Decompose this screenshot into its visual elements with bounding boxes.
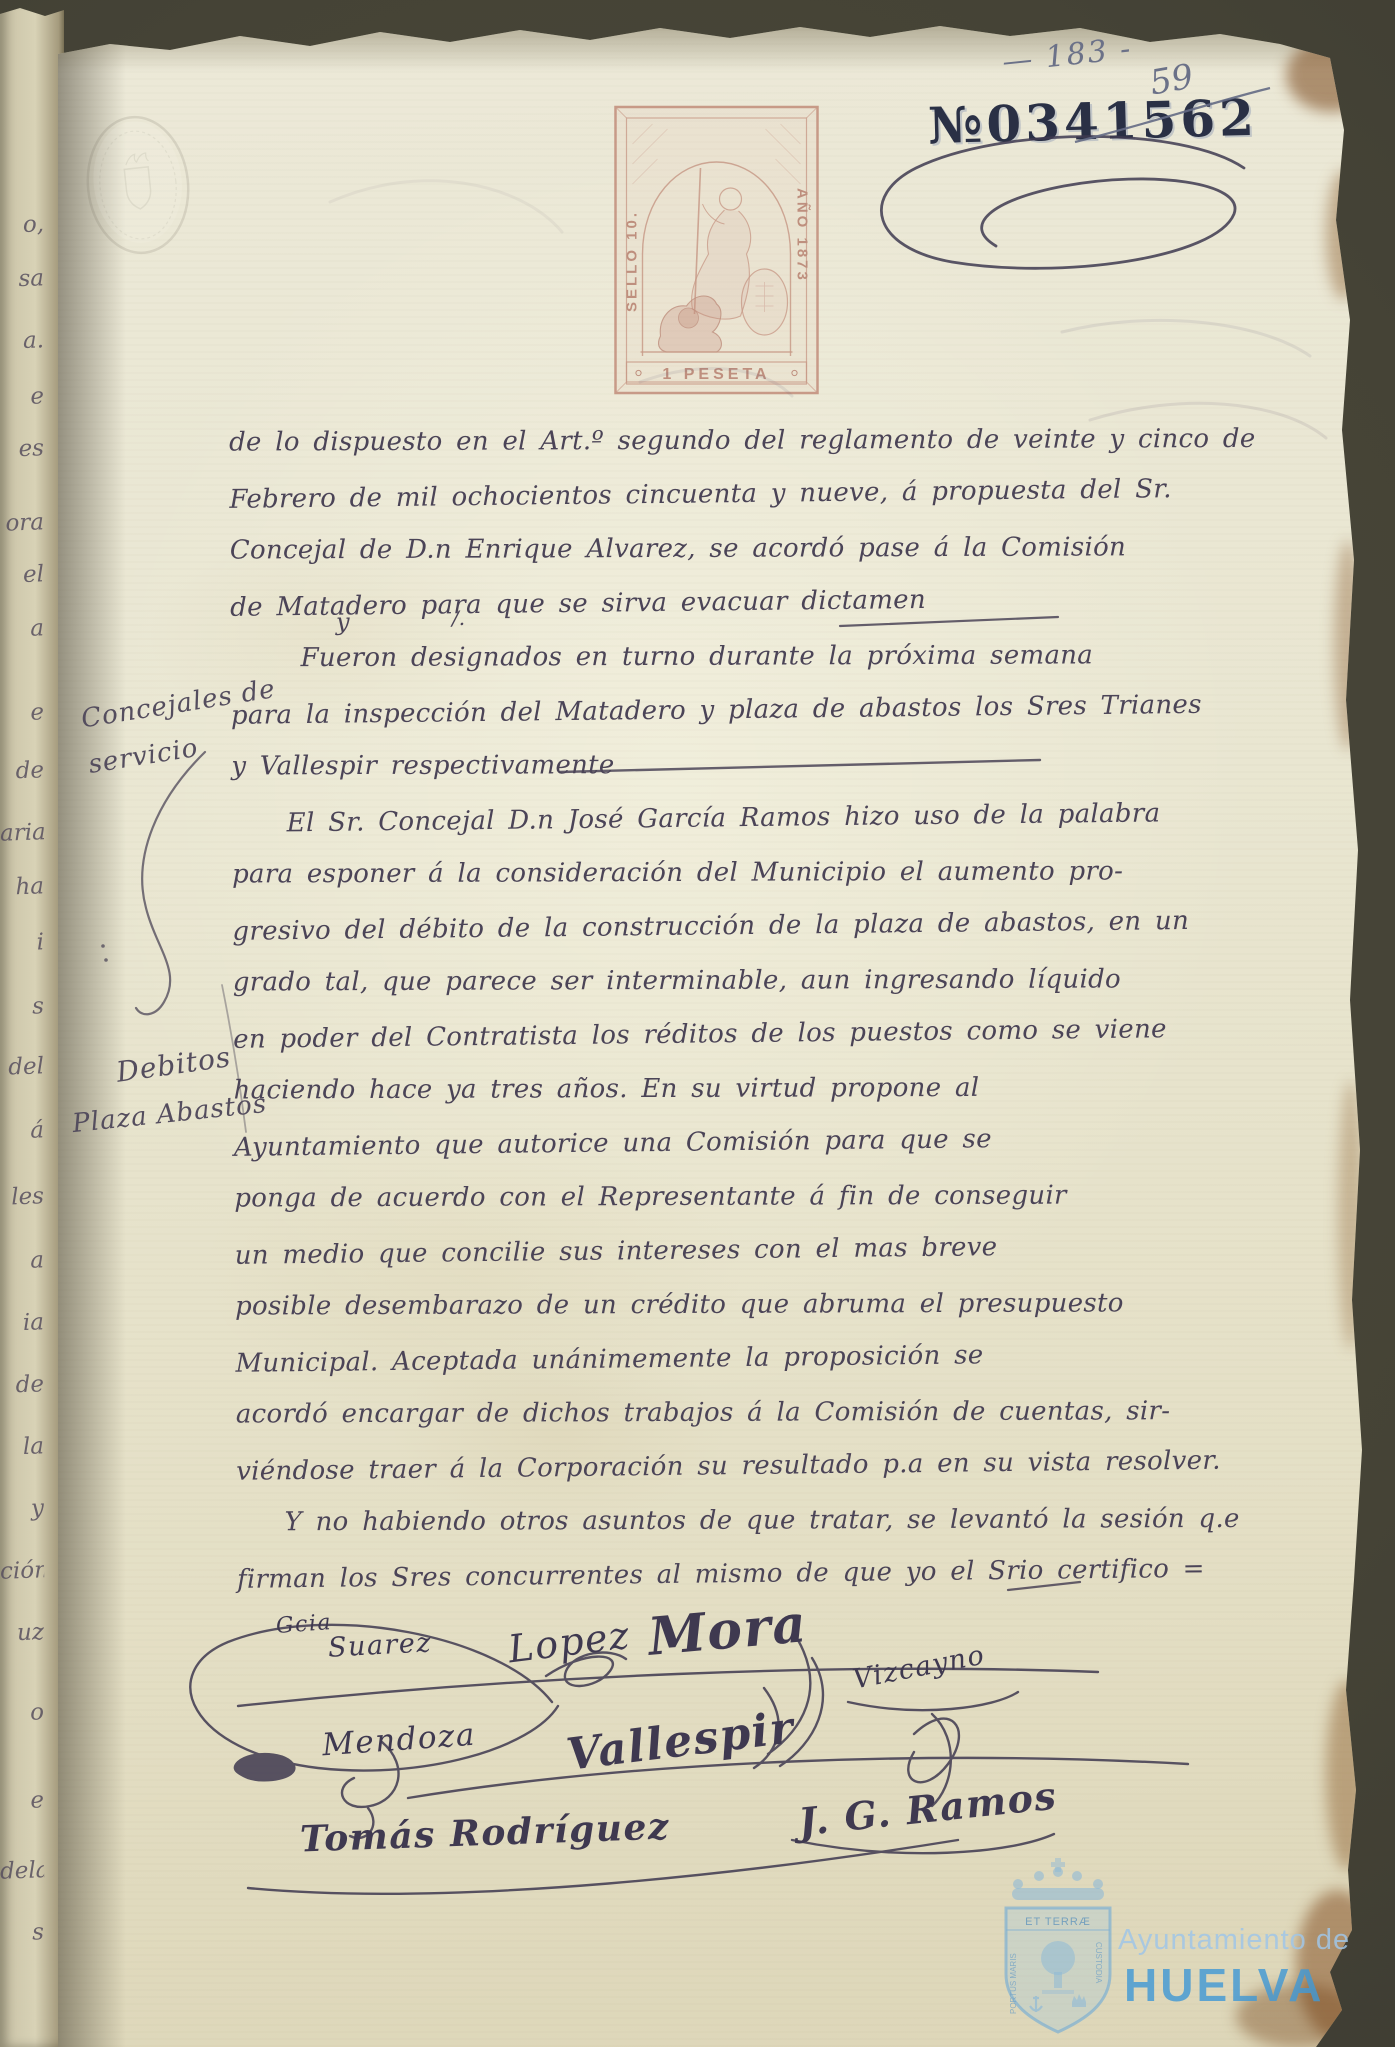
manuscript-line: acordó encargar de dichos trabajos á la … bbox=[236, 1385, 1086, 1442]
cut-off-text-fragment: ora bbox=[0, 509, 44, 537]
signature: Lopez bbox=[506, 1613, 633, 1672]
manuscript-line: Fueron designados en turno durante la pr… bbox=[300, 628, 1080, 685]
manuscript-line: Y no habiendo otros asuntos de que trata… bbox=[284, 1492, 1086, 1549]
shield-motto-right: CUSTODIA bbox=[1094, 1942, 1103, 1984]
signature: J. G. Ramos bbox=[796, 1773, 1059, 1845]
signature: Mora bbox=[646, 1593, 810, 1668]
manuscript-line: Municipal. Aceptada unánimemente la prop… bbox=[235, 1327, 1086, 1391]
cut-off-text-fragment: ha bbox=[0, 873, 44, 901]
cut-off-text-fragment: a. bbox=[0, 327, 44, 355]
cut-off-text-fragment: a bbox=[0, 1247, 44, 1275]
manuscript-line: para esponer á la consideración del Muni… bbox=[232, 845, 1082, 902]
cut-off-text-fragment: e bbox=[0, 699, 44, 727]
cut-off-text-fragment: s bbox=[0, 993, 44, 1021]
cut-off-text-fragment: ia bbox=[0, 1309, 44, 1337]
cut-off-text-fragment: del bbox=[0, 1053, 44, 1081]
cut-off-text-fragment: sa bbox=[0, 265, 44, 293]
cut-off-text-fragment: o, bbox=[0, 211, 44, 239]
serial-digits: 0341562 bbox=[986, 88, 1259, 154]
manuscript-line: ponga de acuerdo con el Representante á … bbox=[234, 1169, 1084, 1226]
correction-mark: y bbox=[336, 608, 350, 636]
manuscript-line: Ayuntamiento que autorice una Comisión p… bbox=[234, 1111, 1085, 1175]
stamp-left-label: SELLO 10. bbox=[624, 210, 641, 312]
shield-motto-left: PORTUS MARIS bbox=[1009, 1953, 1018, 2014]
cut-off-text-fragment: es bbox=[0, 435, 44, 463]
burn-mark bbox=[1338, 1080, 1364, 1350]
cut-off-text-fragment: á bbox=[0, 1117, 44, 1145]
huelva-crest-watermark: ET TERRÆ PORTUS MARIS CUSTODIA bbox=[972, 1846, 1142, 2047]
manuscript-line: firman los Sres concurrentes al mismo de… bbox=[237, 1543, 1088, 1607]
manuscript-line: grado tal, que parece ser interminable, … bbox=[233, 953, 1083, 1010]
numero-sign: № bbox=[927, 95, 987, 156]
stamp-right-label: AÑO 1873 bbox=[794, 188, 812, 283]
signature: Vizcayno bbox=[850, 1639, 987, 1695]
shield-motto-top: ET TERRÆ bbox=[1025, 1916, 1091, 1928]
serial-number: №0341562 bbox=[927, 88, 1258, 156]
stamp-denomination: 1 PESETA bbox=[662, 366, 770, 383]
revenue-stamp: SELLO 10. AÑO 1873 1 PESETA bbox=[612, 104, 821, 396]
manuscript-line: posible desembarazo de un crédito que ab… bbox=[235, 1277, 1085, 1334]
manuscript-line: Concejal de D.n Enrique Alvarez, se acor… bbox=[230, 521, 1080, 578]
signature: Gcia bbox=[275, 1610, 333, 1639]
photographed-document: o, sa a. e es ora el a e de aria ha i s … bbox=[0, 0, 1395, 2047]
rubric-flourish bbox=[881, 137, 1244, 269]
manuscript-line: de Matadero para que se sirva evacuar di… bbox=[230, 571, 1081, 635]
embossed-seal bbox=[77, 107, 200, 263]
watermark-institution: Ayuntamiento de bbox=[1118, 1924, 1350, 1957]
cut-off-text-fragment: uz bbox=[0, 1619, 44, 1647]
cut-off-text-fragment: e bbox=[0, 383, 44, 411]
cut-off-text-fragment: s bbox=[0, 1919, 44, 1947]
cut-off-text-fragment: e bbox=[0, 1787, 44, 1815]
signature: Suarez bbox=[327, 1627, 433, 1663]
previous-page-edge: o, sa a. e es ora el a e de aria ha i s … bbox=[0, 0, 64, 2047]
manuscript-line: Febrero de mil ochocientos cincuenta y n… bbox=[229, 463, 1080, 527]
manuscript-line: en poder del Contratista los réditos de … bbox=[233, 1003, 1084, 1067]
burn-mark bbox=[1326, 170, 1362, 300]
correction-mark: /. bbox=[452, 606, 465, 630]
manuscript-page: SELLO 10. AÑO 1873 1 PESETA №0341562 — 1… bbox=[0, 0, 1395, 2047]
manuscript-line: para la inspección del Matadero y plaza … bbox=[231, 679, 1082, 743]
cut-off-text-fragment: y bbox=[0, 1495, 44, 1523]
burn-mark bbox=[1326, 1680, 1368, 1870]
burn-mark bbox=[1286, 38, 1378, 112]
manuscript-line: viéndose traer á la Corporación su resul… bbox=[236, 1435, 1087, 1499]
manuscript-body: de lo dispuesto en el Art.º segundo del … bbox=[229, 411, 1087, 1605]
manuscript-line: gresivo del débito de la construcción de… bbox=[232, 895, 1083, 959]
manuscript-line: un medio que concilie sus intereses con … bbox=[234, 1219, 1085, 1283]
cut-off-text-fragment: de bbox=[0, 757, 44, 785]
manuscript-line: haciendo hace ya tres años. En su virtud… bbox=[233, 1061, 1083, 1118]
manuscript-line: El Sr. Concejal D.n José García Ramos hi… bbox=[286, 787, 1082, 850]
manuscript-line: de lo dispuesto en el Art.º segundo del … bbox=[229, 413, 1079, 470]
cut-off-text-fragment: dela bbox=[0, 1857, 44, 1885]
manuscript-line: y Vallespir respectivamente bbox=[231, 737, 1081, 794]
cut-off-text-fragment: o bbox=[0, 1699, 44, 1727]
binding-gutter-shadow bbox=[56, 0, 126, 2047]
cut-off-text-fragment: a bbox=[0, 615, 44, 643]
folio-secondary-annotation: 59 bbox=[1147, 57, 1197, 104]
cut-off-text-fragment: i bbox=[0, 929, 44, 957]
cut-off-text-fragment: aria bbox=[0, 819, 44, 847]
cut-off-text-fragment: la bbox=[0, 1433, 44, 1461]
cut-off-text-fragment: les bbox=[0, 1183, 44, 1211]
signature: Vallespir bbox=[564, 1702, 797, 1781]
cut-off-text-fragment: el bbox=[0, 561, 44, 589]
watermark-city: HUELVA bbox=[1124, 1958, 1324, 2012]
signature: Tomás Rodríguez bbox=[299, 1806, 670, 1861]
cut-off-text-fragment: de bbox=[0, 1371, 44, 1399]
cut-off-text-fragment: ción bbox=[0, 1557, 44, 1585]
crown bbox=[1012, 1858, 1104, 1900]
signature: Mendoza bbox=[321, 1717, 477, 1764]
burn-mark bbox=[1334, 540, 1362, 750]
